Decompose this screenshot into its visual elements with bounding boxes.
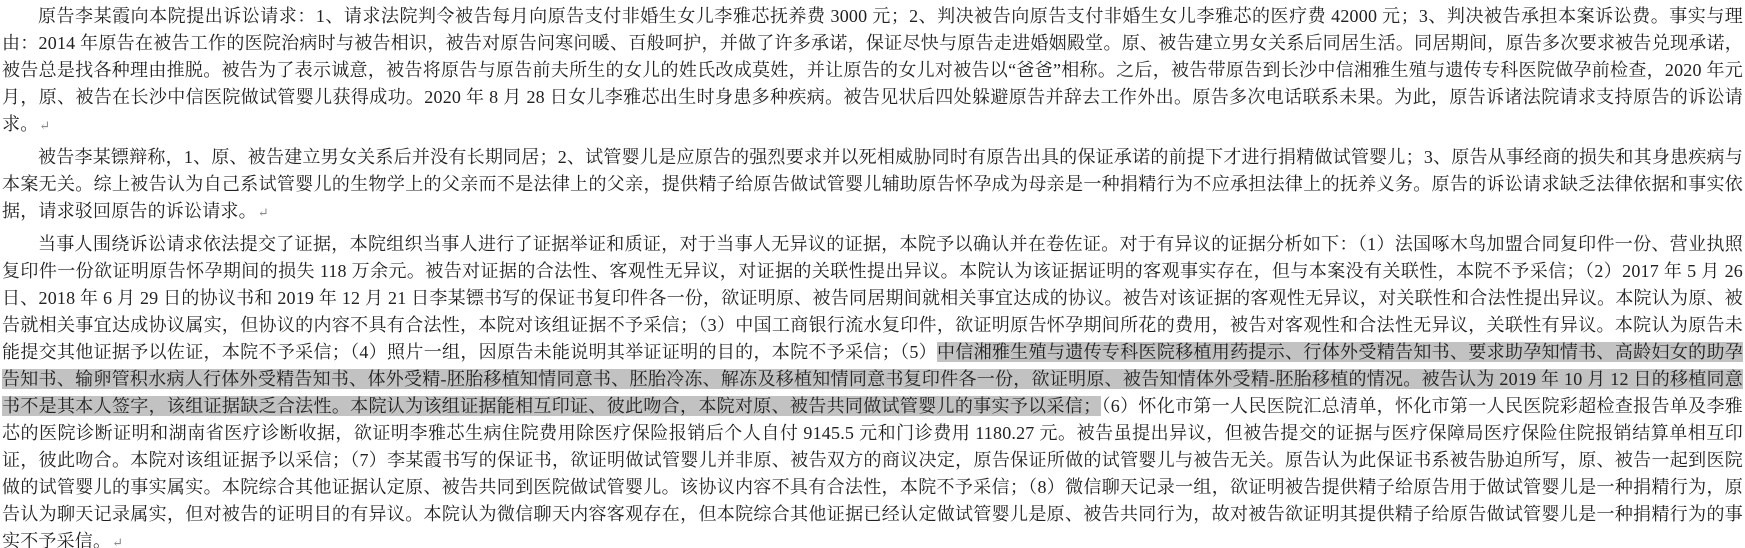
paragraph-2: 被告李某镖辩称，1、原、被告建立男女关系后并没有长期同居；2、试管婴儿是应原告的…: [2, 144, 1743, 226]
text-run: （6）怀化市第一人民医院汇总清单，怀化市第一人民医院彩超检查报告单及李雅芯的医院…: [2, 396, 1743, 548]
document-page: 原告李某霞向本院提出诉讼请求：1、请求法院判令被告每月向原告支付非婚生女儿李雅芯…: [0, 0, 1745, 548]
document-body: 原告李某霞向本院提出诉讼请求：1、请求法院判令被告每月向原告支付非婚生女儿李雅芯…: [2, 3, 1743, 548]
paragraph-mark-icon: ↵: [257, 205, 269, 220]
text-run: 原告李某霞向本院提出诉讼请求：1、请求法院判令被告每月向原告支付非婚生女儿李雅芯…: [2, 6, 1743, 134]
paragraph-1: 原告李某霞向本院提出诉讼请求：1、请求法院判令被告每月向原告支付非婚生女儿李雅芯…: [2, 3, 1743, 139]
paragraph-mark-icon: ↵: [38, 118, 50, 133]
paragraph-3: 当事人围绕诉讼请求依法提交了证据，本院组织当事人进行了证据举证和质证，对于当事人…: [2, 231, 1743, 548]
paragraph-mark-icon: ↵: [111, 535, 123, 548]
